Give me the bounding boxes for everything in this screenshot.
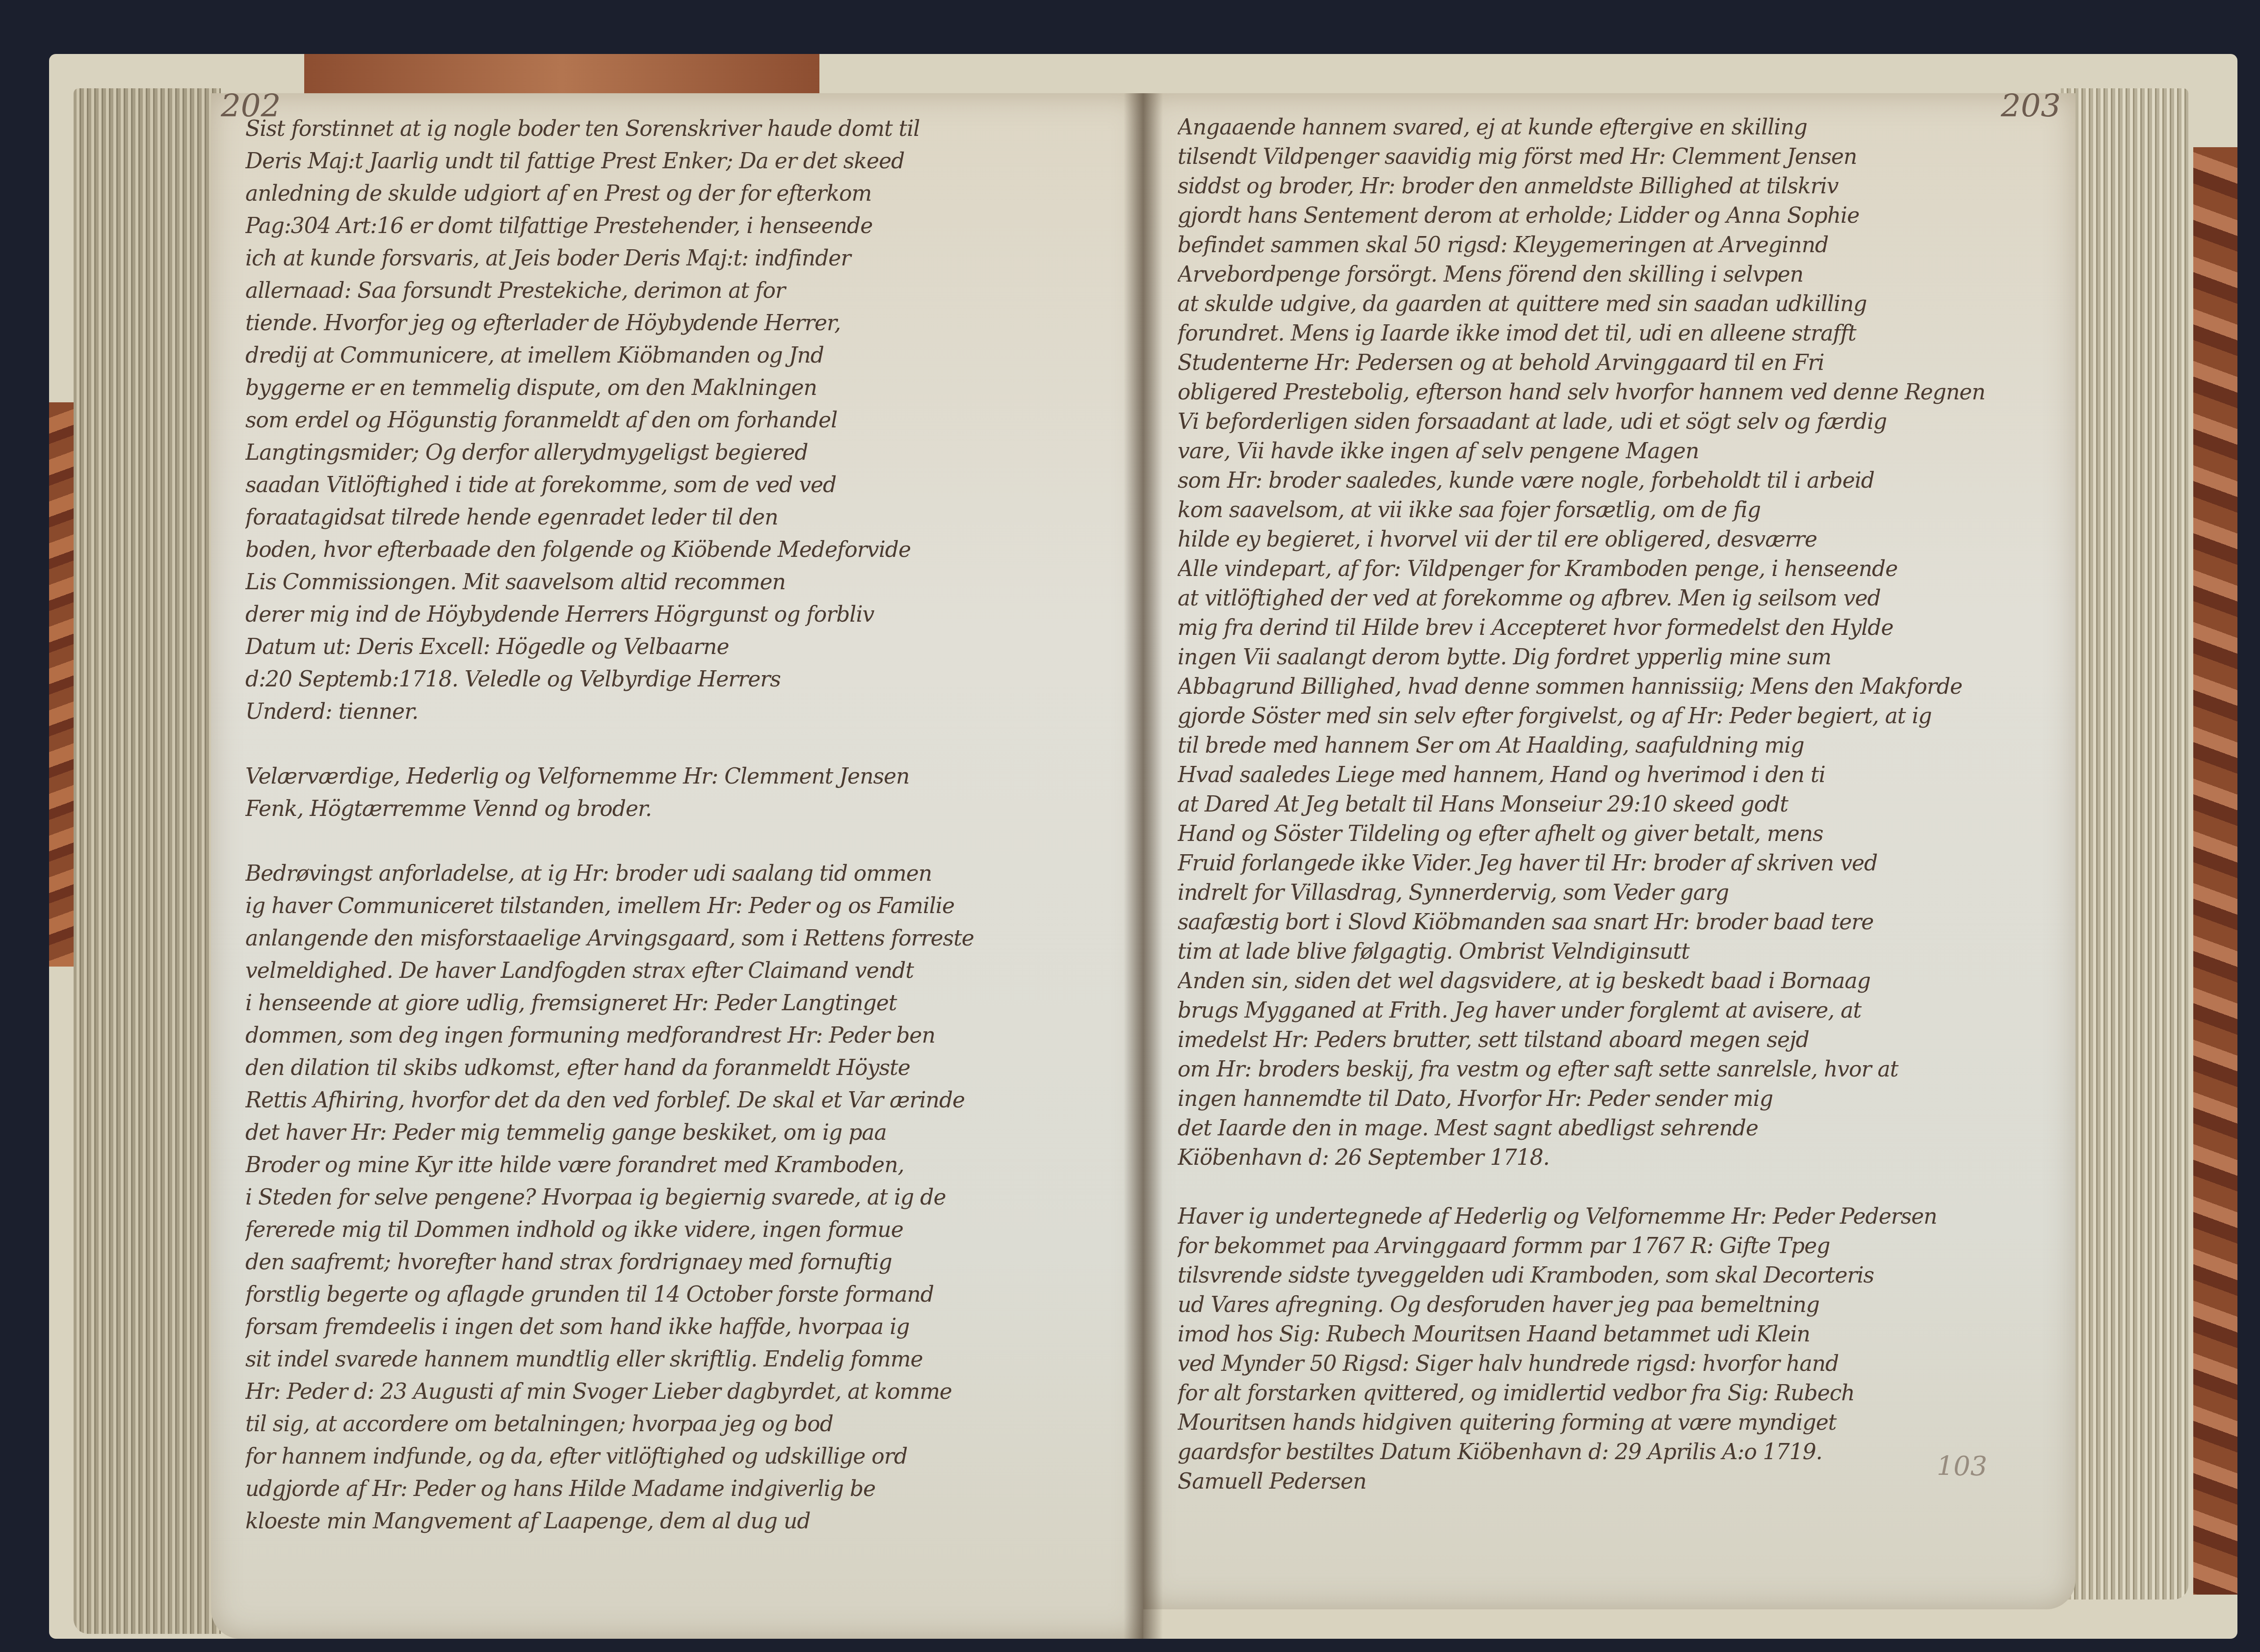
manuscript-line <box>245 825 1124 858</box>
manuscript-line: Bedrøvingst anforladelse, at ig Hr: brod… <box>245 858 1124 890</box>
manuscript-line: imod hos Sig: Rubech Mouritsen Haand bet… <box>1178 1320 2056 1349</box>
manuscript-line: anlangende den misforstaaelige Arvingsga… <box>245 922 1124 955</box>
book-gutter <box>1124 93 1163 1639</box>
right-page: 203 103 Angaaende hannem svared, ej at k… <box>1143 93 2076 1609</box>
manuscript-line: Haver ig undertegnede af Hederlig og Vel… <box>1178 1202 2056 1232</box>
manuscript-line: tilsendt Vildpenger saavidig mig först m… <box>1178 142 2056 172</box>
manuscript-line: ud Vares afregning. Og desforuden haver … <box>1178 1290 2056 1320</box>
manuscript-line: i henseende at giore udlig, fremsigneret… <box>245 987 1124 1020</box>
manuscript-line: Rettis Afhiring, hvorfor det da den ved … <box>245 1084 1124 1117</box>
page-edges-right <box>2061 88 2188 1600</box>
manuscript-line: byggerne er en temmelig dispute, om den … <box>245 372 1124 404</box>
manuscript-line: i Steden for selve pengene? Hvorpaa ig b… <box>245 1181 1124 1214</box>
manuscript-line: det haver Hr: Peder mig temmelig gange b… <box>245 1117 1124 1149</box>
manuscript-line: gaardsfor bestiltes Datum Kiöbenhavn d: … <box>1178 1438 2056 1467</box>
manuscript-line: vare, Vii havde ikke ingen af selv penge… <box>1178 437 2056 466</box>
manuscript-line: udgjorde af Hr: Peder og hans Hilde Mada… <box>245 1473 1124 1505</box>
manuscript-line: saadan Vitlöftighed i tide at forekomme,… <box>245 469 1124 501</box>
manuscript-line: Fenk, Högtærremme Vennd og broder. <box>245 793 1124 825</box>
manuscript-line: Fruid forlangede ikke Vider. Jeg haver t… <box>1178 849 2056 878</box>
manuscript-line: imedelst Hr: Peders brutter, sett tilsta… <box>1178 1025 2056 1055</box>
manuscript-line: Vi beforderligen siden forsaadant at lad… <box>1178 407 2056 437</box>
manuscript-line: Hand og Söster Tildeling og efter afhelt… <box>1178 819 2056 849</box>
manuscript-line: anledning de skulde udgiort af en Prest … <box>245 178 1124 210</box>
manuscript-line: Lis Commissiongen. Mit saavelsom altid r… <box>245 566 1124 599</box>
manuscript-line: tim at lade blive følgagtig. Ombrist Vel… <box>1178 937 2056 967</box>
manuscript-line: at vitlöftighed der ved at forekomme og … <box>1178 584 2056 613</box>
manuscript-line: Sist forstinnet at ig nogle boder ten So… <box>245 113 1124 145</box>
manuscript-line: Hr: Peder d: 23 Augusti af min Svoger Li… <box>245 1376 1124 1408</box>
manuscript-line: Kiöbenhavn d: 26 September 1718. <box>1178 1143 2056 1173</box>
manuscript-line: foraatagidsat tilrede hende egenradet le… <box>245 501 1124 534</box>
right-page-text: Angaaende hannem svared, ej at kunde eft… <box>1178 113 2056 1496</box>
manuscript-line: Hvad saaledes Liege med hannem, Hand og … <box>1178 760 2056 790</box>
manuscript-line: Pag:304 Art:16 er domt tilfattige Preste… <box>245 210 1124 242</box>
manuscript-line: det Iaarde den in mage. Mest sagnt abedl… <box>1178 1114 2056 1143</box>
left-page-text: Sist forstinnet at ig nogle boder ten So… <box>245 113 1124 1538</box>
manuscript-line: Deris Maj:t Jaarlig undt til fattige Pre… <box>245 145 1124 178</box>
manuscript-line: sit indel svarede hannem mundtlig eller … <box>245 1343 1124 1376</box>
manuscript-line: tilsvrende sidste tyveggelden udi Krambo… <box>1178 1261 2056 1290</box>
manuscript-line: ich at kunde forsvaris, at Jeis boder De… <box>245 242 1124 275</box>
manuscript-line: til brede med hannem Ser om At Haalding,… <box>1178 731 2056 760</box>
manuscript-line <box>245 728 1124 760</box>
manuscript-line: saafæstig bort i Slovd Kiöbmanden saa sn… <box>1178 908 2056 937</box>
manuscript-line: gjordt hans Sentement derom at erholde; … <box>1178 201 2056 231</box>
manuscript-line: den dilation til skibs udkomst, efter ha… <box>245 1052 1124 1084</box>
manuscript-line: for alt forstarken qvittered, og imidler… <box>1178 1379 2056 1408</box>
manuscript-line: Langtingsmider; Og derfor allerydmygelig… <box>245 437 1124 469</box>
manuscript-line: Abbagrund Billighed, hvad denne sommen h… <box>1178 672 2056 702</box>
manuscript-line: om Hr: broders beskij, fra vestm og efte… <box>1178 1055 2056 1084</box>
manuscript-line: fererede mig til Dommen indhold og ikke … <box>245 1214 1124 1246</box>
manuscript-line: boden, hvor efterbaade den folgende og K… <box>245 534 1124 566</box>
manuscript-line: for hannem indfunde, og da, efter vitlöf… <box>245 1441 1124 1473</box>
manuscript-line: dommen, som deg ingen formuning medforan… <box>245 1020 1124 1052</box>
manuscript-line: Angaaende hannem svared, ej at kunde eft… <box>1178 113 2056 142</box>
manuscript-line: tiende. Hvorfor jeg og efterlader de Höy… <box>245 307 1124 340</box>
manuscript-line: dredij at Communicere, at imellem Kiöbma… <box>245 340 1124 372</box>
manuscript-line: Alle vindepart, af for: Vildpenger for K… <box>1178 554 2056 584</box>
manuscript-line: til sig, at accordere om betalningen; hv… <box>245 1408 1124 1441</box>
manuscript-line: derer mig ind de Höybydende Herrers Högr… <box>245 599 1124 631</box>
manuscript-line: Broder og mine Kyr itte hilde være foran… <box>245 1149 1124 1181</box>
manuscript-line <box>1178 1173 2056 1202</box>
manuscript-line: den saafremt; hvorefter hand strax fordr… <box>245 1246 1124 1279</box>
manuscript-line: Velærværdige, Hederlig og Velfornemme Hr… <box>245 760 1124 793</box>
manuscript-line: Arvebordpenge forsörgt. Mens förend den … <box>1178 260 2056 289</box>
left-page: 202 Sist forstinnet at ig nogle boder te… <box>211 93 1143 1639</box>
manuscript-line: Datum ut: Deris Excell: Högedle og Velba… <box>245 631 1124 663</box>
manuscript-line: indrelt for Villasdrag, Synnerdervig, so… <box>1178 878 2056 908</box>
manuscript-line: forundret. Mens ig Iaarde ikke imod det … <box>1178 319 2056 348</box>
manuscript-line: som Hr: broder saaledes, kunde være nogl… <box>1178 466 2056 496</box>
manuscript-line: forstlig begerte og aflagde grunden til … <box>245 1279 1124 1311</box>
manuscript-line: Mouritsen hands hidgiven quitering formi… <box>1178 1408 2056 1438</box>
page-edges-left <box>74 88 221 1634</box>
manuscript-line: forsam fremdeelis i ingen det som hand i… <box>245 1311 1124 1343</box>
manuscript-line: mig fra derind til Hilde brev i Accepter… <box>1178 613 2056 643</box>
manuscript-line: kom saavelsom, at vii ikke saa fojer for… <box>1178 496 2056 525</box>
manuscript-line: Underd: tienner. <box>245 696 1124 728</box>
manuscript-line: som erdel og Högunstig foranmeldt af den… <box>245 404 1124 437</box>
manuscript-line: Samuell Pedersen <box>1178 1467 2056 1496</box>
manuscript-line: siddst og broder, Hr: broder den anmelds… <box>1178 172 2056 201</box>
manuscript-line: ved Mynder 50 Rigsd: Siger halv hundrede… <box>1178 1349 2056 1379</box>
manuscript-line: ingen hannemdte til Dato, Hvorfor Hr: Pe… <box>1178 1084 2056 1114</box>
manuscript-line: allernaad: Saa forsundt Prestekiche, der… <box>245 275 1124 307</box>
manuscript-line: gjorde Söster med sin selv efter forgive… <box>1178 702 2056 731</box>
manuscript-line: d:20 Septemb:1718. Veledle og Velbyrdige… <box>245 663 1124 696</box>
manuscript-line: befindet sammen skal 50 rigsd: Kleygemer… <box>1178 231 2056 260</box>
manuscript-line: ig haver Communiceret tilstanden, imelle… <box>245 890 1124 922</box>
manuscript-line: kloeste min Mangvement af Laapenge, dem … <box>245 1505 1124 1538</box>
manuscript-line: for bekommet paa Arvinggaard formm par 1… <box>1178 1232 2056 1261</box>
manuscript-line: at Dared At Jeg betalt til Hans Monseiur… <box>1178 790 2056 819</box>
manuscript-line: velmeldighed. De haver Landfogden strax … <box>245 955 1124 987</box>
manuscript-line: at skulde udgive, da gaarden at quittere… <box>1178 289 2056 319</box>
manuscript-line: hilde ey begieret, i hvorvel vii der til… <box>1178 525 2056 554</box>
manuscript-line: obligered Prestebolig, efterson hand sel… <box>1178 378 2056 407</box>
marbled-cover-right <box>2193 147 2237 1595</box>
manuscript-line: Studenterne Hr: Pedersen og at behold Ar… <box>1178 348 2056 378</box>
manuscript-line: ingen Vii saalangt derom bytte. Dig ford… <box>1178 643 2056 672</box>
manuscript-line: Anden sin, siden det wel dagsvidere, at … <box>1178 967 2056 996</box>
manuscript-line: brugs Mygganed at Frith. Jeg haver under… <box>1178 996 2056 1025</box>
